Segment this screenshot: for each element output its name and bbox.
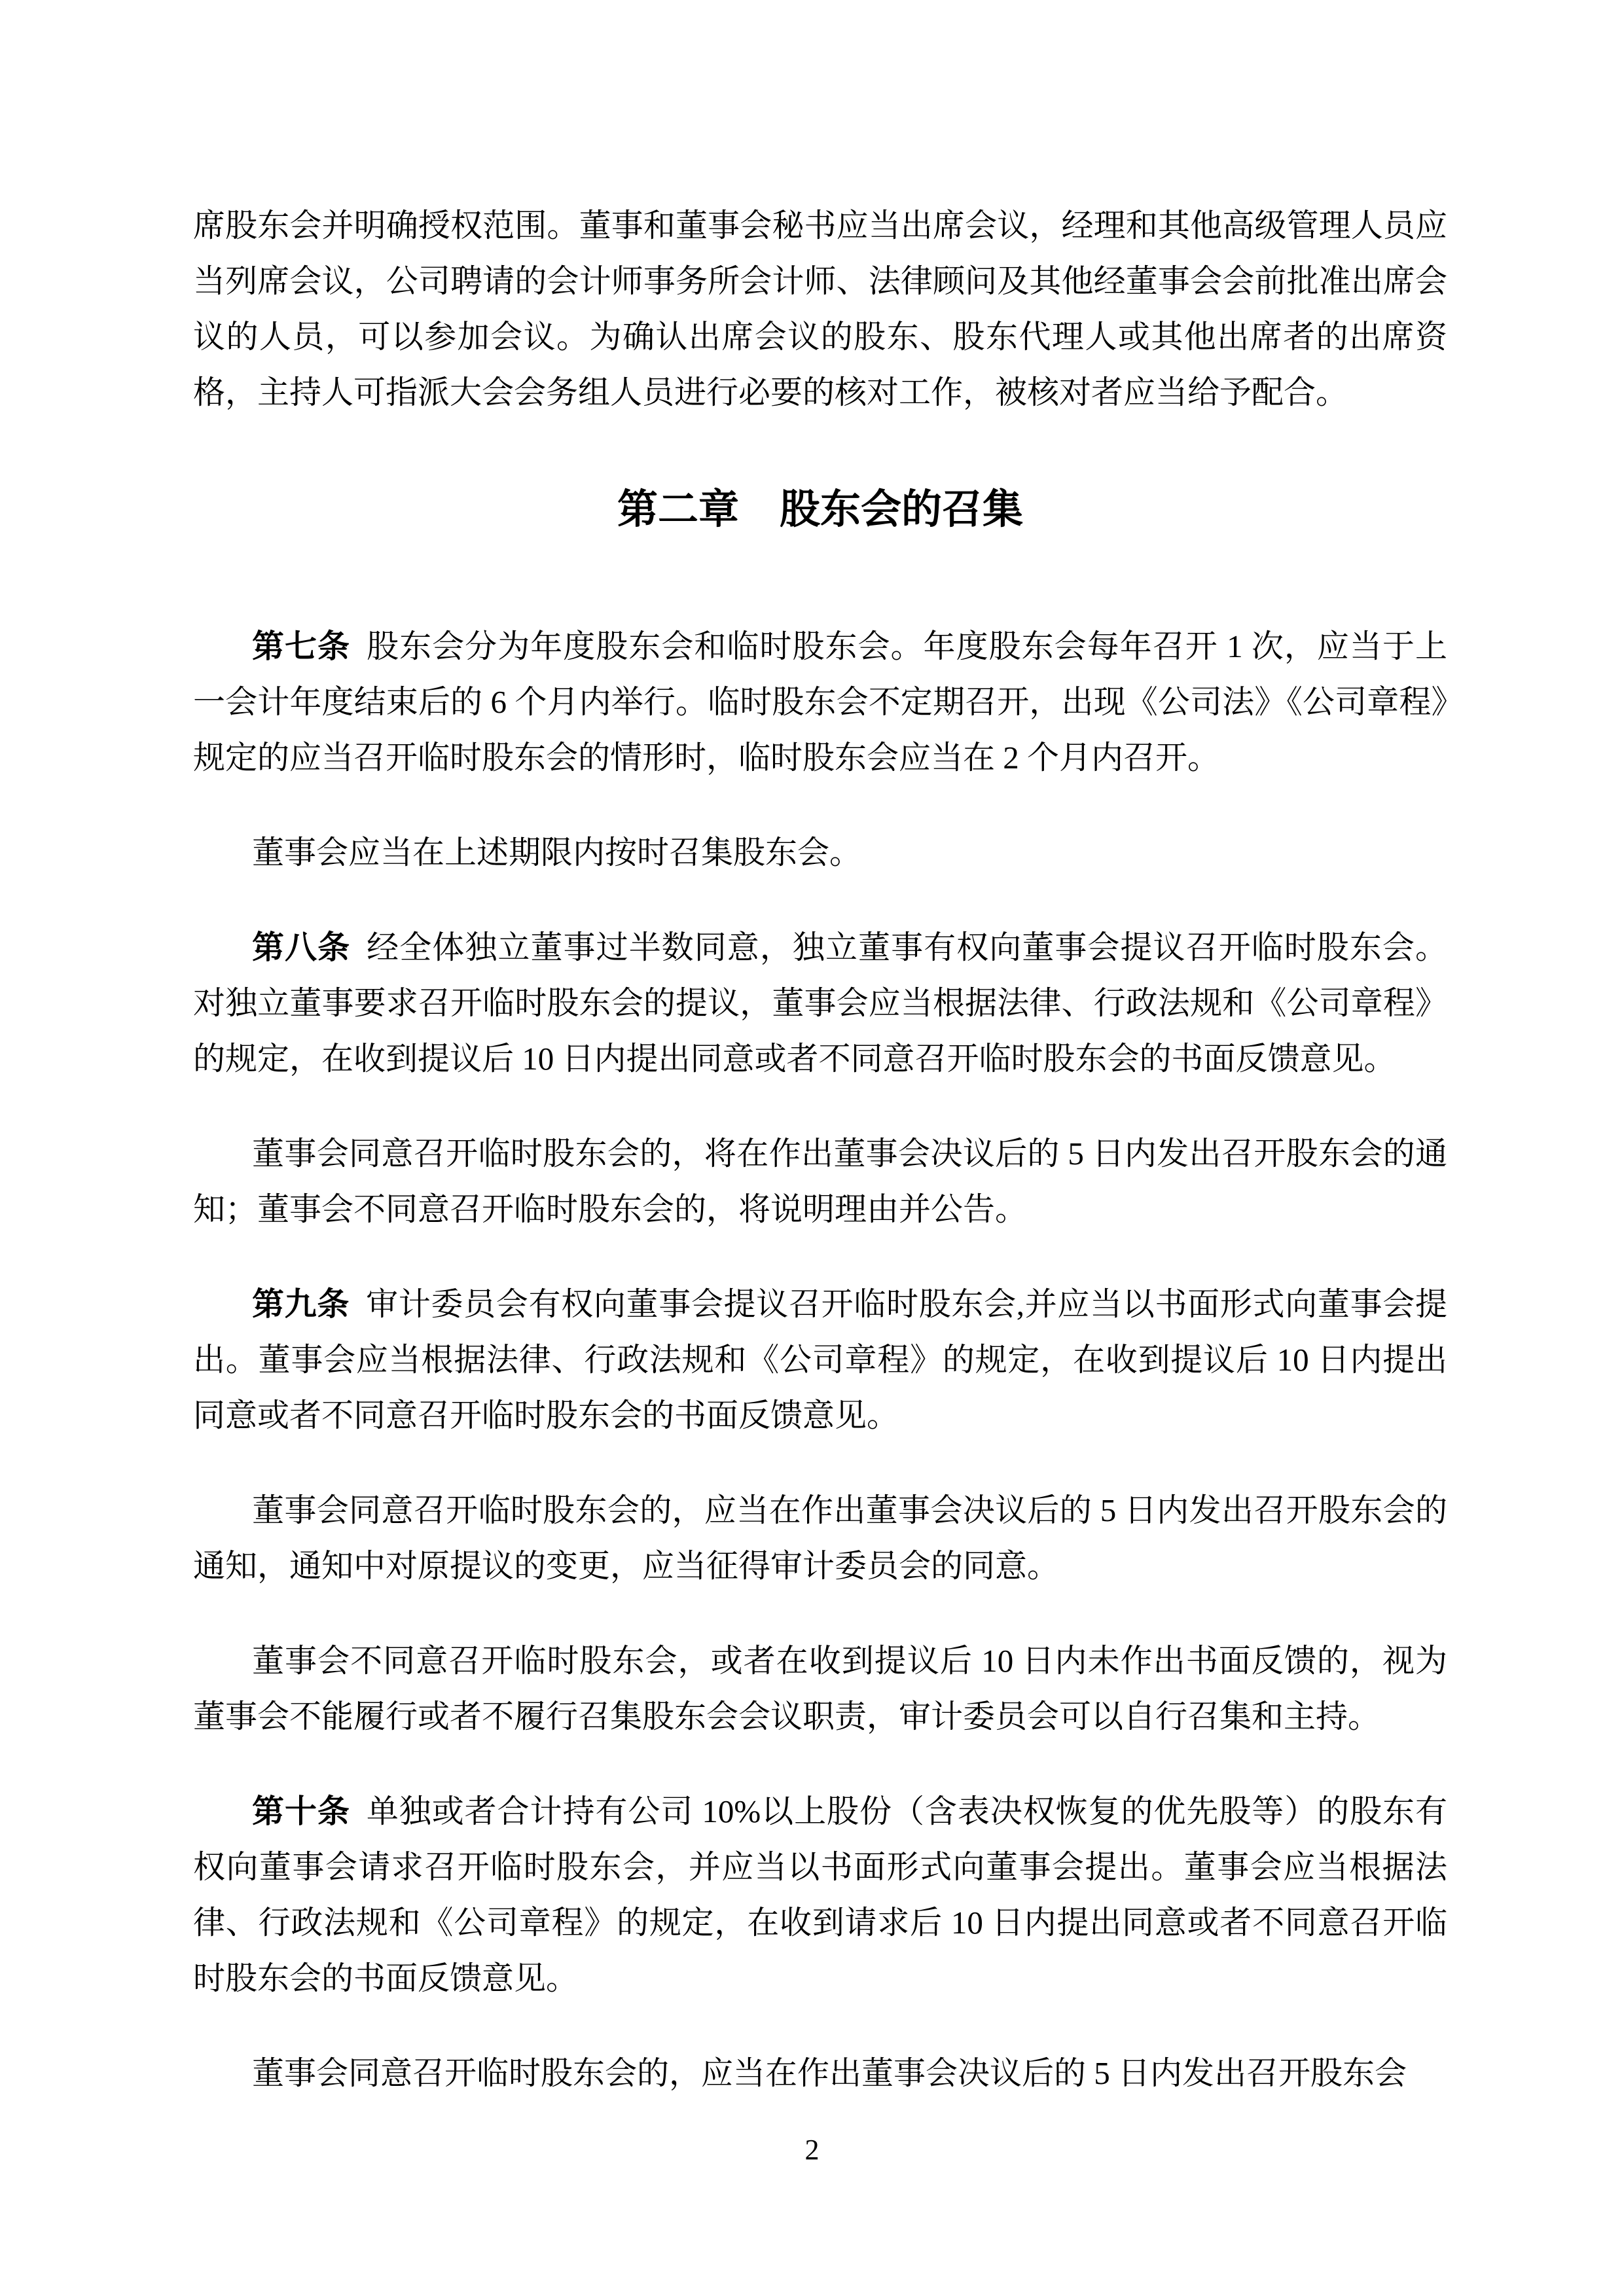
- body-paragraph: 董事会同意召开临时股东会的，应当在作出董事会决议后的 5 日内发出召开股东会的通…: [193, 1482, 1447, 1594]
- document-page: 席股东会并明确授权范围。董事和董事会秘书应当出席会议，经理和其他高级管理人员应当…: [0, 0, 1624, 2296]
- article-paragraph-10: 第十条单独或者合计持有公司 10%以上股份（含表决权恢复的优先股等）的股东有权向…: [193, 1784, 1447, 2006]
- intro-paragraph: 席股东会并明确授权范围。董事和董事会秘书应当出席会议，经理和其他高级管理人员应当…: [193, 198, 1447, 420]
- paragraph-text: 席股东会并明确授权范围。董事和董事会秘书应当出席会议，经理和其他高级管理人员应当…: [193, 207, 1447, 410]
- paragraph-text: 董事会同意召开临时股东会的，应当在作出董事会决议后的 5 日内发出召开股东会: [252, 2055, 1407, 2091]
- chapter-heading: 第二章 股东会的召集: [193, 482, 1447, 538]
- article-paragraph-8: 第八条经全体独立董事过半数同意，独立董事有权向董事会提议召开临时股东会。对独立董…: [193, 920, 1447, 1086]
- body-paragraph: 董事会同意召开临时股东会的，将在作出董事会决议后的 5 日内发出召开股东会的通知…: [193, 1126, 1447, 1237]
- article-number: 第十条: [252, 1793, 350, 1829]
- paragraph-text: 董事会应当在上述期限内按时召集股东会。: [252, 834, 861, 870]
- paragraph-text: 审计委员会有权向董事会提议召开临时股东会,并应当以书面形式向董事会提出。董事会应…: [193, 1286, 1447, 1433]
- article-number: 第九条: [252, 1286, 350, 1322]
- article-paragraph-7: 第七条股东会分为年度股东会和临时股东会。年度股东会每年召开 1 次，应当于上一会…: [193, 619, 1447, 785]
- paragraph-text: 董事会同意召开临时股东会的，将在作出董事会决议后的 5 日内发出召开股东会的通知…: [193, 1136, 1447, 1227]
- article-number: 第七条: [252, 628, 350, 664]
- paragraph-text: 经全体独立董事过半数同意，独立董事有权向董事会提议召开临时股东会。对独立董事要求…: [193, 929, 1447, 1077]
- paragraph-text: 股东会分为年度股东会和临时股东会。年度股东会每年召开 1 次，应当于上一会计年度…: [193, 628, 1447, 776]
- paragraph-text: 单独或者合计持有公司 10%以上股份（含表决权恢复的优先股等）的股东有权向董事会…: [193, 1793, 1447, 1996]
- body-paragraph: 董事会应当在上述期限内按时召集股东会。: [193, 825, 1447, 880]
- article-number: 第八条: [252, 929, 350, 965]
- body-paragraph: 董事会不同意召开临时股东会，或者在收到提议后 10 日内未作出书面反馈的，视为董…: [193, 1633, 1447, 1744]
- page-number: 2: [0, 2122, 1624, 2178]
- article-paragraph-9: 第九条审计委员会有权向董事会提议召开临时股东会,并应当以书面形式向董事会提出。董…: [193, 1276, 1447, 1443]
- paragraph-text: 董事会不同意召开临时股东会，或者在收到提议后 10 日内未作出书面反馈的，视为董…: [193, 1643, 1447, 1734]
- paragraph-text: 董事会同意召开临时股东会的，应当在作出董事会决议后的 5 日内发出召开股东会的通…: [193, 1492, 1447, 1584]
- body-paragraph: 董事会同意召开临时股东会的，应当在作出董事会决议后的 5 日内发出召开股东会: [193, 2045, 1447, 2101]
- page-body: 席股东会并明确授权范围。董事和董事会秘书应当出席会议，经理和其他高级管理人员应当…: [193, 198, 1447, 2101]
